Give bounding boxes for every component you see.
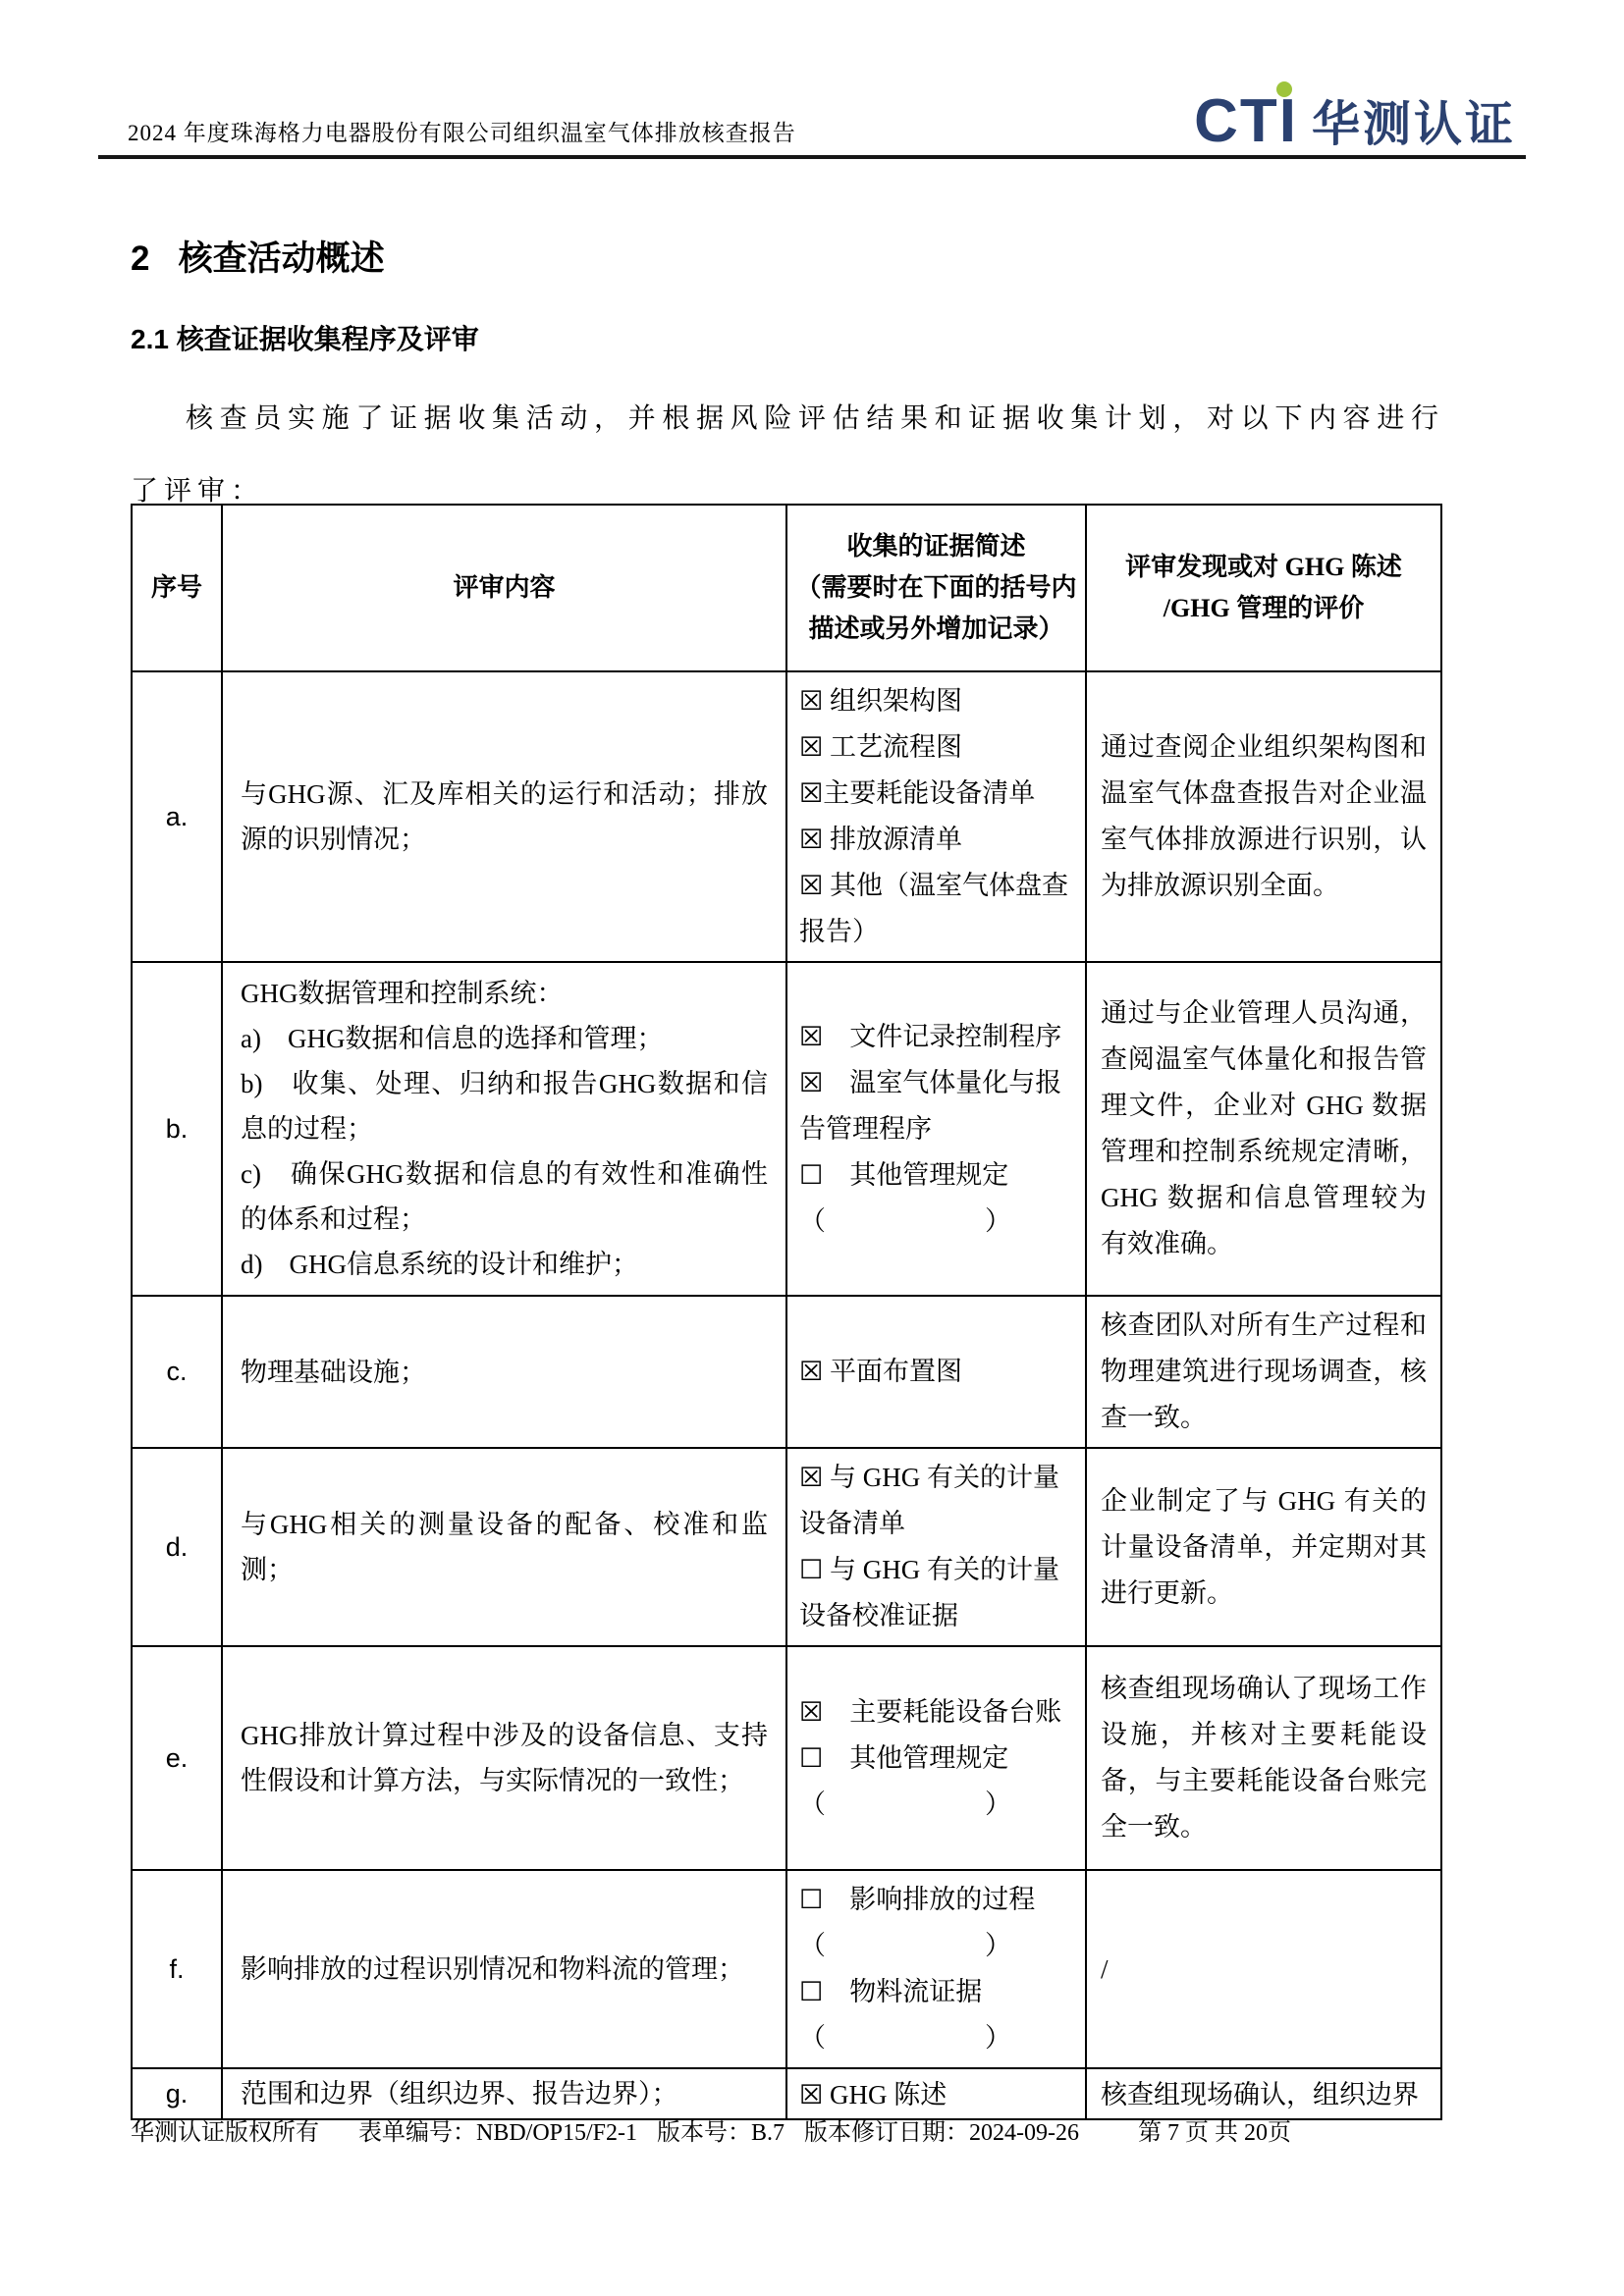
cell-finding: 通过与企业管理人员沟通，查阅温室气体量化和报告管理文件，企业对 GHG 数据管理…: [1086, 962, 1441, 1296]
cell-review-content: GHG排放计算过程中涉及的设备信息、支持性假设和计算方法，与实际情况的一致性；: [222, 1646, 786, 1870]
cell-review-content: 与GHG相关的测量设备的配备、校准和监测；: [222, 1448, 786, 1646]
cell-evidence: ☒ 文件记录控制程序 ☒ 温室气体量化与报告管理程序 ☐ 其他管理规定 （ ）: [786, 962, 1086, 1296]
table-row: c. 物理基础设施； ☒ 平面布置图 核查团队对所有生产过程和物理建筑进行现场调…: [132, 1296, 1441, 1448]
document-header: 2024 年度珠海格力电器股份有限公司组织温室气体排放核查报告 CTI 华测认证: [98, 39, 1526, 159]
document-page: 2024 年度珠海格力电器股份有限公司组织温室气体排放核查报告 CTI 华测认证…: [0, 0, 1624, 2296]
cell-serial: e.: [132, 1646, 222, 1870]
cti-wordmark: CTI: [1194, 93, 1298, 149]
cell-review-content: 物理基础设施；: [222, 1296, 786, 1448]
cell-serial: d.: [132, 1448, 222, 1646]
cell-evidence: ☒ 平面布置图: [786, 1296, 1086, 1448]
table-row: f. 影响排放的过程识别情况和物料流的管理； ☐ 影响排放的过程 （ ） ☐ 物…: [132, 1870, 1441, 2068]
cell-serial: a.: [132, 671, 222, 962]
footer-copyright: 华测认证版权所有: [131, 2120, 319, 2146]
column-header-review-content: 评审内容: [222, 505, 786, 671]
table-row: b. GHG数据管理和控制系统： a) GHG数据和信息的选择和管理； b) 收…: [132, 962, 1441, 1296]
cell-serial: c.: [132, 1296, 222, 1448]
subsection-heading: 2.1 核查证据收集程序及评审: [131, 318, 479, 357]
table-row: e. GHG排放计算过程中涉及的设备信息、支持性假设和计算方法，与实际情况的一致…: [132, 1646, 1441, 1870]
cell-evidence: ☒ 组织架构图 ☒ 工艺流程图 ☒主要耗能设备清单 ☒ 排放源清单 ☒ 其他（温…: [786, 671, 1086, 962]
cell-finding: /: [1086, 1870, 1441, 2068]
brand-logo: CTI 华测认证: [1194, 93, 1526, 155]
table-row: a. 与GHG源、汇及库相关的运行和活动；排放源的识别情况； ☒ 组织架构图 ☒…: [132, 671, 1441, 962]
column-header-finding: 评审发现或对 GHG 陈述 /GHG 管理的评价: [1086, 505, 1441, 671]
review-table: 序号 评审内容 收集的证据简述 （需要时在下面的括号内描述或另外增加记录） 评审…: [131, 504, 1442, 2120]
cell-finding: 企业制定了与 GHG 有关的计量设备清单，并定期对其进行更新。: [1086, 1448, 1441, 1646]
cell-evidence: ☒ 与 GHG 有关的计量设备清单 ☐ 与 GHG 有关的计量设备校准证据: [786, 1448, 1086, 1646]
cell-finding: 核查组现场确认了现场工作设施，并核对主要耗能设备，与主要耗能设备台账完全一致。: [1086, 1646, 1441, 1870]
footer-form-number: 表单编号：NBD/OP15/F2-1: [358, 2120, 637, 2146]
doc-title: 2024 年度珠海格力电器股份有限公司组织温室气体排放核查报告: [98, 115, 796, 155]
cell-serial: b.: [132, 962, 222, 1296]
section-heading: 2 核查活动概述: [131, 232, 385, 281]
document-footer: 华测认证版权所有 表单编号：NBD/OP15/F2-1 版本号：B.7 版本修订…: [131, 2112, 1495, 2147]
brand-name: 华测认证: [1312, 101, 1516, 149]
footer-revision-date: 版本修订日期：2024-09-26: [804, 2120, 1079, 2146]
column-header-evidence: 收集的证据简述 （需要时在下面的括号内描述或另外增加记录）: [786, 505, 1086, 671]
table-row: d. 与GHG相关的测量设备的配备、校准和监测； ☒ 与 GHG 有关的计量设备…: [132, 1448, 1441, 1646]
cell-evidence: ☒ 主要耗能设备台账 ☐ 其他管理规定 （ ）: [786, 1646, 1086, 1870]
cell-review-content: 与GHG源、汇及库相关的运行和活动；排放源的识别情况；: [222, 671, 786, 962]
table-header-row: 序号 评审内容 收集的证据简述 （需要时在下面的括号内描述或另外增加记录） 评审…: [132, 505, 1441, 671]
column-header-serial: 序号: [132, 505, 222, 671]
footer-version: 版本号：B.7: [657, 2120, 785, 2146]
footer-page-info: 第 7 页 共 20页: [1138, 2120, 1291, 2146]
cell-review-content: GHG数据管理和控制系统： a) GHG数据和信息的选择和管理； b) 收集、处…: [222, 962, 786, 1296]
cell-serial: f.: [132, 1870, 222, 2068]
cell-finding: 通过查阅企业组织架构图和温室气体盘查报告对企业温室气体排放源进行识别，认为排放源…: [1086, 671, 1441, 962]
cti-dot-icon: [1276, 81, 1292, 97]
cell-finding: 核查团队对所有生产过程和物理建筑进行现场调查，核查一致。: [1086, 1296, 1441, 1448]
cell-evidence: ☐ 影响排放的过程 （ ） ☐ 物料流证据 （ ）: [786, 1870, 1086, 2068]
cell-review-content: 影响排放的过程识别情况和物料流的管理；: [222, 1870, 786, 2068]
